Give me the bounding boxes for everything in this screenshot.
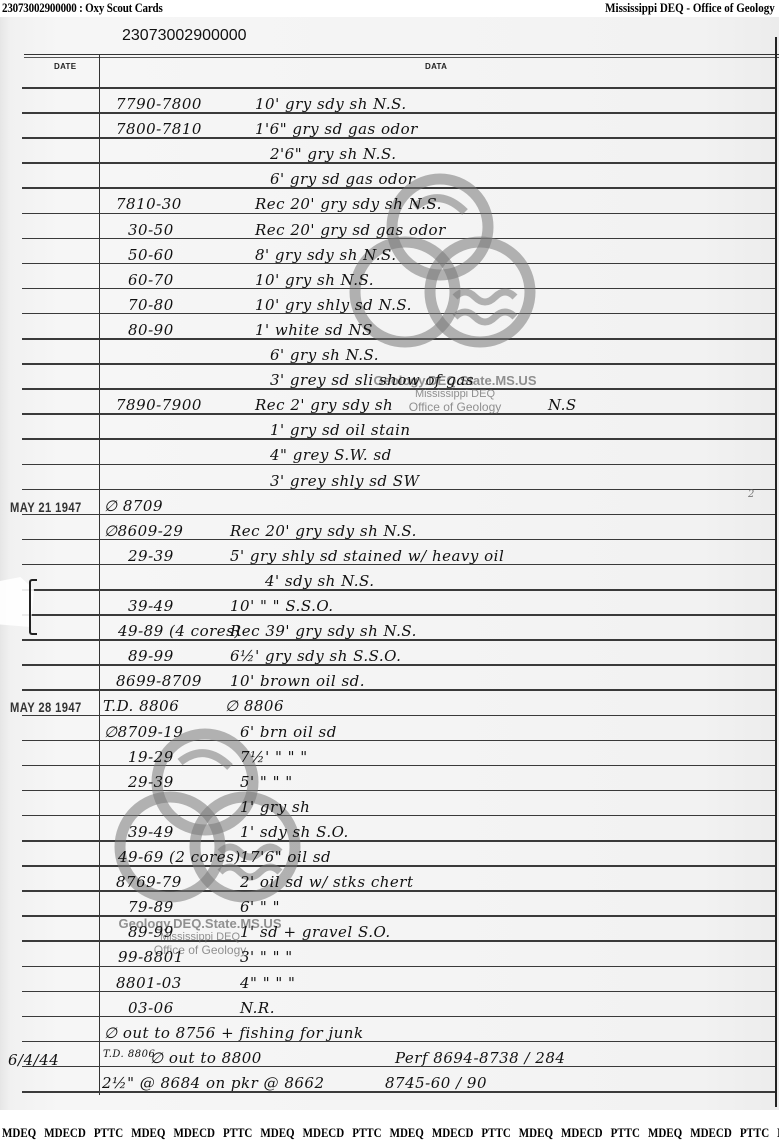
row-description: 4' sdy sh N.S. [265, 572, 375, 590]
row-date: MAY 21 1947 [10, 499, 82, 515]
row-description: 1' sdy sh S.O. [240, 823, 349, 841]
row-description: ∅ 8709 [104, 497, 163, 515]
row-depth: 89-99 [128, 647, 174, 665]
row-depth: ∅8709-19 [104, 723, 183, 741]
row-description: 10' gry shly sd N.S. [255, 296, 412, 314]
row-description: 2'6" gry sh N.S. [270, 145, 396, 163]
row-depth: 29-39 [128, 773, 174, 791]
margin-mark: 2 [748, 489, 754, 500]
row-description: 7½' " " " [240, 748, 308, 766]
data-column-header: DATA [425, 62, 447, 71]
row-depth: 80-90 [128, 321, 174, 339]
row-depth: 8801-03 [116, 974, 182, 992]
row-description: 10' brown oil sd. [230, 672, 365, 690]
scout-card-scan: 23073002900000 DATE DATA Geology.DEQ.Sta… [0, 17, 779, 1110]
row-note: N.S [548, 396, 577, 414]
ruled-line [22, 589, 775, 591]
document-title: 23073002900000 : Oxy Scout Cards [2, 1, 163, 16]
row-depth: 49-69 (2 cores) [118, 848, 241, 866]
agency-title: Mississippi DEQ - Office of Geology [605, 1, 775, 16]
row-note: 8745-60 / 90 [385, 1074, 487, 1092]
row-depth: 8769-79 [116, 873, 182, 891]
row-depth: 7800-7810 [116, 120, 202, 138]
row-date: MAY 28 1947 [10, 699, 82, 715]
row-description: 3' " " " [240, 948, 293, 966]
row-depth: 60-70 [128, 271, 174, 289]
row-description: 6½' gry sdy sh S.S.O. [230, 647, 401, 665]
row-depth: 7810-30 [116, 195, 182, 213]
row-description: 10' gry sh N.S. [255, 271, 374, 289]
row-depth: 70-80 [128, 296, 174, 314]
row-depth: 7890-7900 [116, 396, 202, 414]
row-description: 1' gry sd oil stain [270, 421, 411, 439]
row-description: 3' grey sd sli show of gas [270, 371, 474, 389]
row-description: 1' sd + gravel S.O. [240, 923, 391, 941]
page-footer: MDEQ MDECD PTTC MDEQ MDECD PTTC MDEQ MDE… [0, 1125, 779, 1143]
row-description: Rec 20' gry sdy sh N.S. [255, 195, 442, 213]
row-description: 10' gry sdy sh N.S. [255, 95, 407, 113]
row-description: 8' gry sdy sh N.S. [255, 246, 397, 264]
row-description: 1' gry sh [240, 798, 310, 816]
row-depth: 89-99 [128, 923, 174, 941]
row-description: 5' gry shly sd stained w/ heavy oil [230, 547, 504, 565]
header-rule [24, 57, 779, 58]
row-note: Perf 8694-8738 / 284 [395, 1049, 565, 1067]
row-description: Rec 39' gry sdy sh N.S. [230, 622, 417, 640]
row-description: Rec 2' gry sdy sh [255, 396, 393, 414]
ruled-line [22, 162, 775, 164]
row-depth: 03-06 [128, 999, 174, 1017]
row-depth: 19-29 [128, 748, 174, 766]
row-description: ∅ out to 8800 [150, 1049, 262, 1067]
row-depth: T.D. 8806 [103, 697, 179, 715]
row-description: 1' white sd NS [255, 321, 373, 339]
row-depth: 29-39 [128, 547, 174, 565]
card-edge [775, 37, 777, 1107]
row-description: 2' oil sd w/ stks chert [240, 873, 413, 891]
row-depth: 30-50 [128, 221, 174, 239]
header-rule [24, 54, 779, 55]
row-description: 10' " " S.S.O. [230, 597, 334, 615]
row-depth: 39-49 [128, 597, 174, 615]
page-header: 23073002900000 : Oxy Scout Cards Mississ… [0, 0, 779, 17]
row-depth: 8699-8709 [116, 672, 202, 690]
row-description: 4" " " " [240, 974, 295, 992]
row-description: Rec 20' gry sdy sh N.S. [230, 522, 417, 540]
row-description: ∅ 8806 [225, 697, 284, 715]
row-description: 6' gry sh N.S. [270, 346, 379, 364]
ruled-line [22, 464, 775, 466]
row-depth: 49-89 (4 cores) [118, 622, 241, 640]
row-depth: 39-49 [128, 823, 174, 841]
date-column-header: DATE [54, 62, 76, 71]
ruled-line [22, 87, 775, 89]
row-description: 6' " " [240, 898, 280, 916]
row-description: 6' brn oil sd [240, 723, 337, 741]
row-description: N.R. [240, 999, 275, 1017]
row-description: 1'6" gry sd gas odor [255, 120, 418, 138]
row-description: 6' gry sd gas odor [270, 170, 415, 188]
row-depth: 50-60 [128, 246, 174, 264]
row-description: 3' grey shly sd SW [270, 472, 420, 490]
footer-agencies: MDEQ MDECD PTTC MDEQ MDECD PTTC MDEQ MDE… [2, 1126, 779, 1141]
row-depth: 99-8801 [118, 948, 184, 966]
row-description: 17'6" oil sd [240, 848, 331, 866]
row-description: 4" grey S.W. sd [270, 446, 392, 464]
row-depth: 79-89 [128, 898, 174, 916]
row-depth: 7790-7800 [116, 95, 202, 113]
row-date: 6/4/44 [8, 1051, 59, 1069]
row-depth: ∅8609-29 [104, 522, 183, 540]
row-description: 5' " " " [240, 773, 293, 791]
row-description: Rec 20' gry sd gas odor [255, 221, 446, 239]
staple-icon [29, 579, 37, 635]
row-depth: 2½" @ 8684 on pkr @ 8662 [102, 1074, 325, 1092]
card-number: 23073002900000 [122, 27, 247, 45]
row-depth: T.D. 8806 [103, 1049, 155, 1060]
row-description: ∅ out to 8756 + fishing for junk [104, 1024, 364, 1042]
